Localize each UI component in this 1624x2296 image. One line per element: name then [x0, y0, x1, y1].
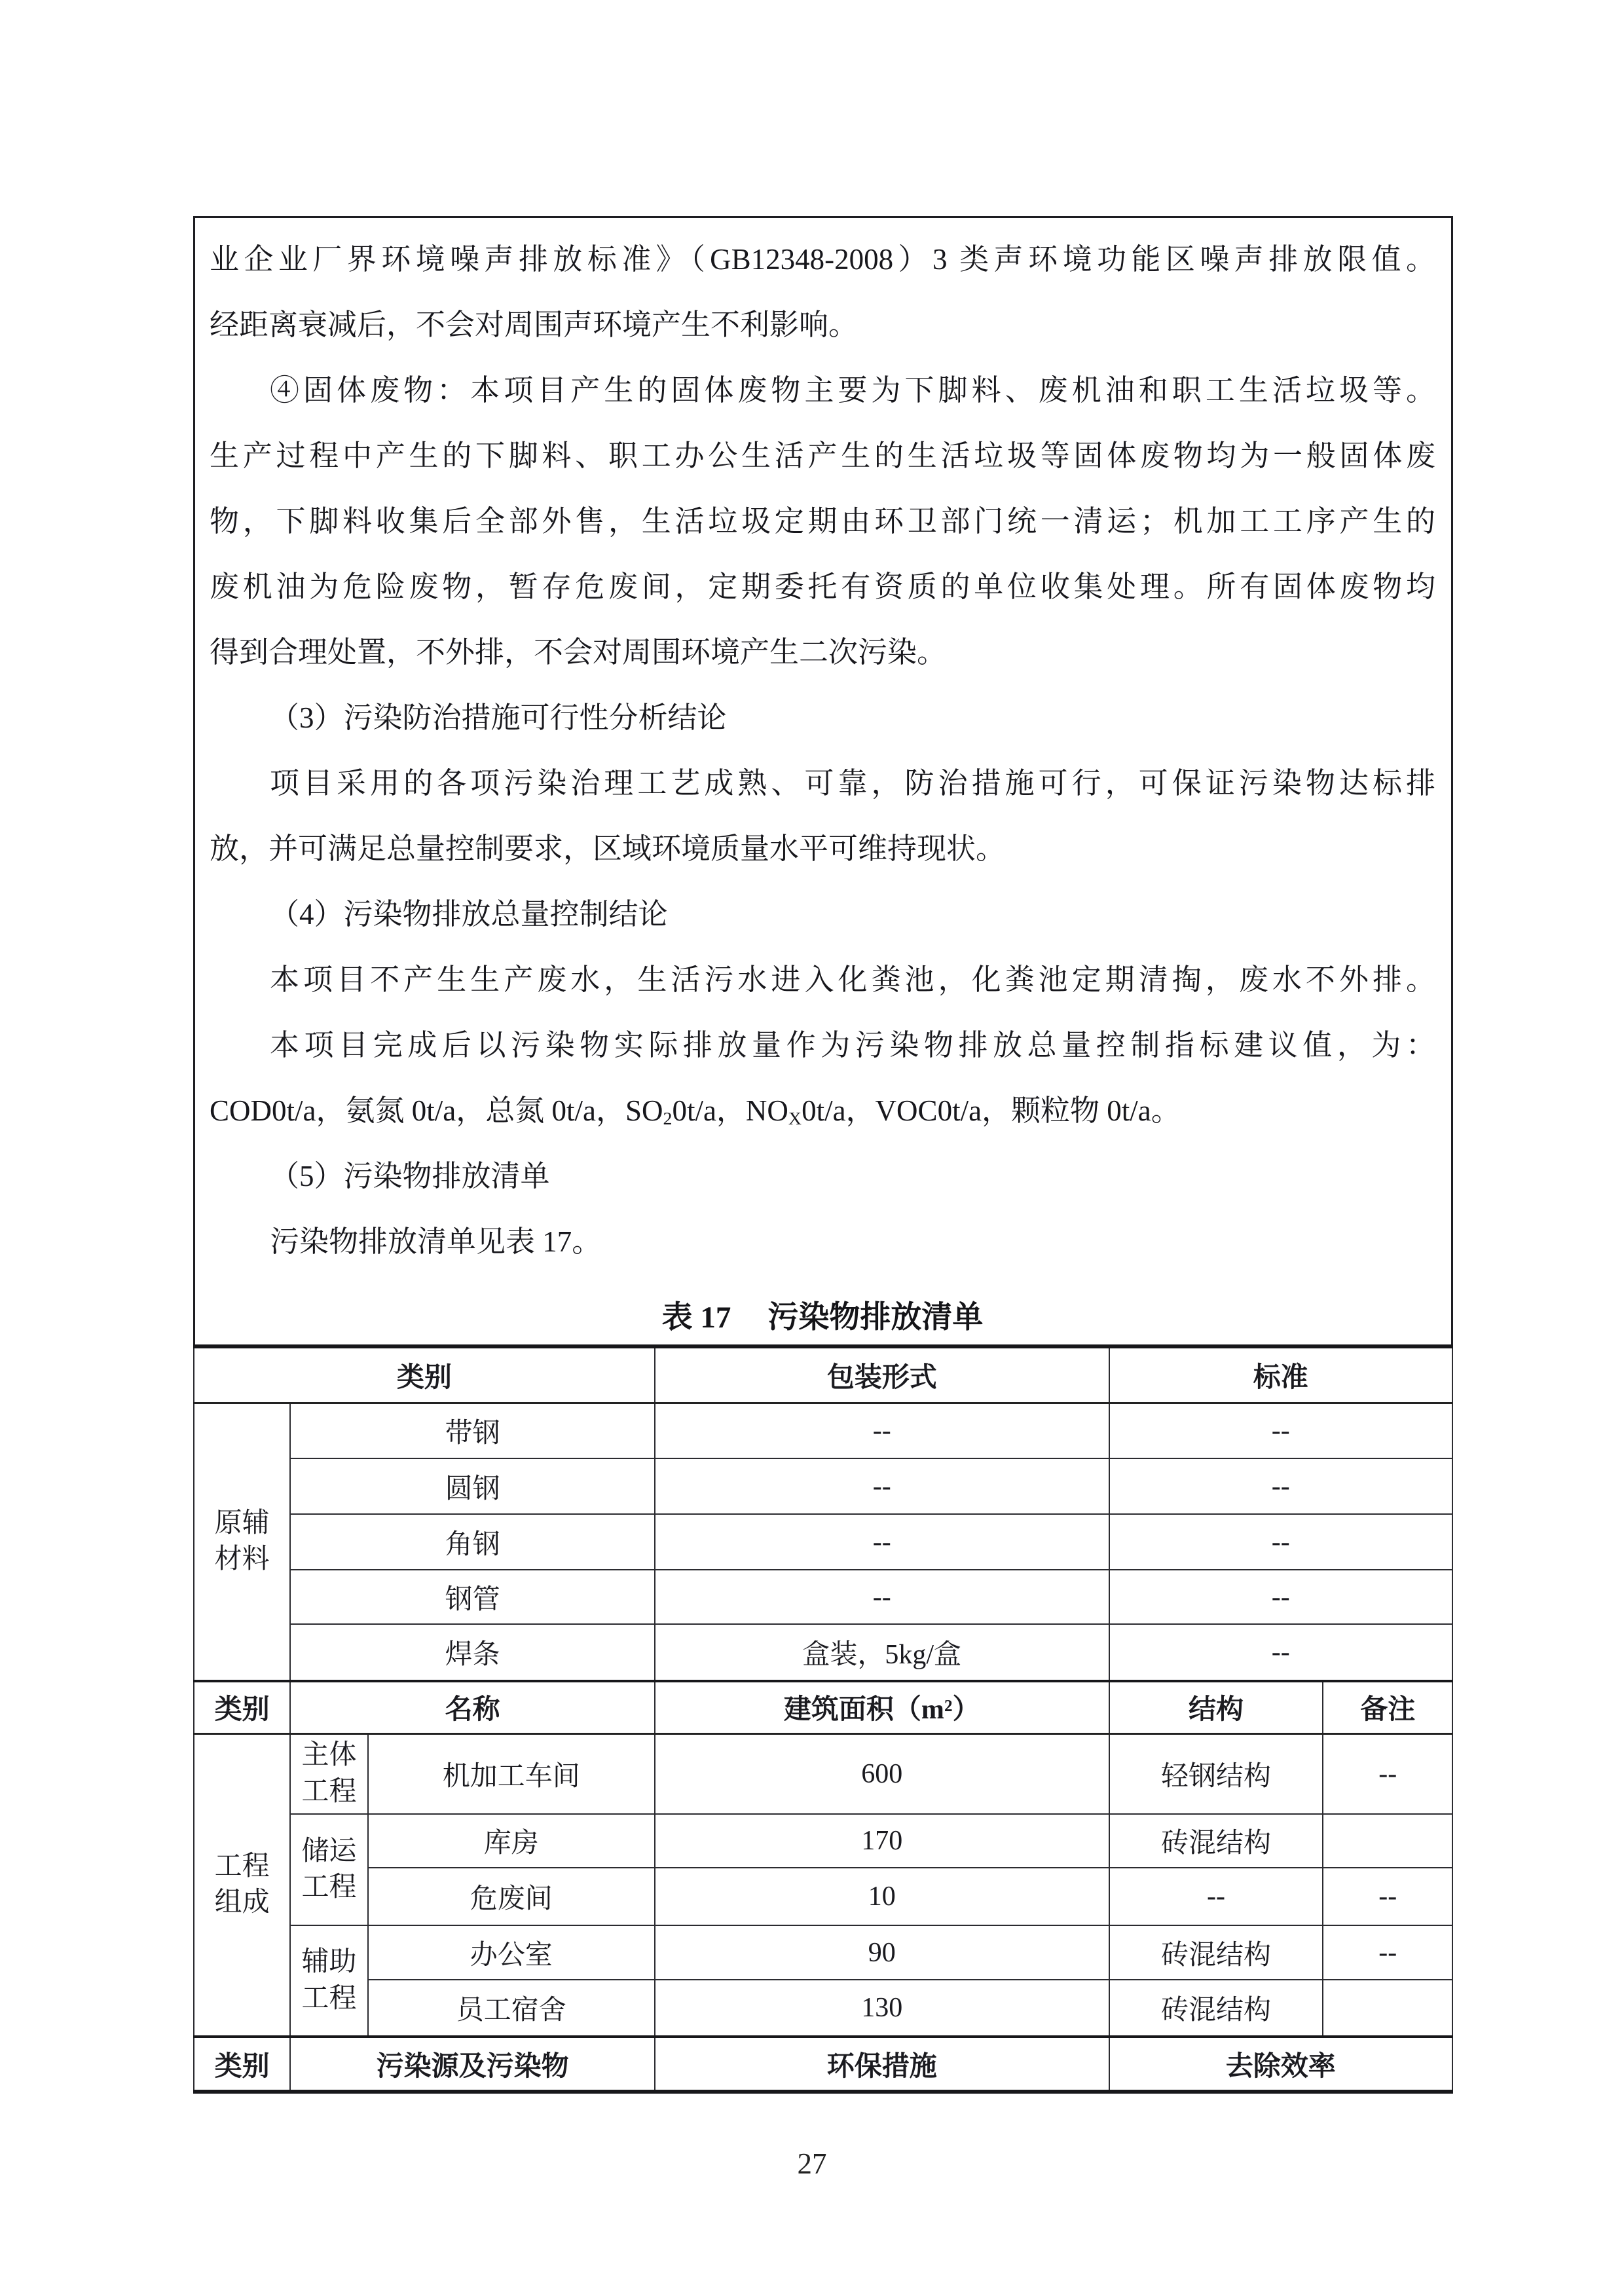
page-number: 27	[0, 2143, 1624, 2185]
subgroup-storage-works: 储运 工程	[290, 1814, 367, 1925]
cell-material-packaging: --	[655, 1514, 1109, 1570]
table-caption-title: 污染物排放清单	[767, 1301, 983, 1335]
header-category: 类别	[194, 1346, 655, 1403]
cell-project-structure: 轻钢结构	[1109, 1733, 1323, 1814]
body-line-4: 生产过程中产生的下脚料、职工办公生活产生的生活垃圾等固体废物均为一般固体废	[210, 423, 1435, 489]
cell-material-packaging: 盒装，5kg/盒	[655, 1624, 1109, 1681]
cell-project-name: 机加工车间	[368, 1733, 655, 1814]
table-row-material-3: 角钢 -- --	[194, 1514, 1452, 1570]
group-raw-materials: 原辅 材料	[194, 1403, 290, 1681]
cell-material-name: 焊条	[290, 1624, 654, 1681]
table-row-material-2: 圆钢 -- --	[194, 1458, 1452, 1514]
footer-pollution-source: 污染源及污染物	[290, 2037, 654, 2092]
cell-material-packaging: --	[655, 1570, 1109, 1624]
cell-project-area: 10	[655, 1868, 1109, 1925]
table-header1-row: 类别 包装形式 标准	[194, 1346, 1452, 1403]
cell-project-area: 90	[655, 1925, 1109, 1980]
header-packaging: 包装形式	[655, 1346, 1109, 1403]
cell-project-remark: --	[1323, 1733, 1452, 1814]
cell-project-area: 170	[655, 1814, 1109, 1868]
voc-text-segment: 0t/a，VOC0t/a，颗粒物 0t/a。	[802, 1094, 1181, 1127]
cell-material-packaging: --	[655, 1458, 1109, 1514]
document-page: { "page": { "number": "27" }, "body": { …	[0, 0, 1624, 2296]
table-row-office: 辅助 工程 办公室 90 砖混结构 --	[194, 1925, 1452, 1980]
cell-material-packaging: --	[655, 1403, 1109, 1458]
footer-category: 类别	[194, 2037, 290, 2092]
header-category2: 类别	[194, 1681, 290, 1733]
cell-project-remark: --	[1323, 1925, 1452, 1980]
table-row-dormitory: 员工宿舍 130 砖混结构	[194, 1980, 1452, 2037]
body-line-13: 本项目完成后以污染物实际排放量作为污染物排放总量控制指标建议值，为：	[210, 1012, 1435, 1078]
nox-subscript: X	[788, 1109, 802, 1129]
cell-project-name: 办公室	[368, 1925, 655, 1980]
body-line-2: 经距离衰减后，不会对周围声环境产生不利影响。	[210, 292, 1435, 358]
cell-project-remark: --	[1323, 1868, 1452, 1925]
table-row-hazwaste-room: 危废间 10 -- --	[194, 1868, 1452, 1925]
body-line-10: 放，并可满足总量控制要求，区域环境质量水平可维持现状。	[210, 816, 1435, 881]
cell-project-structure: --	[1109, 1868, 1323, 1925]
table-row-material-5: 焊条 盒装，5kg/盒 --	[194, 1624, 1452, 1681]
body-line-8: （3）污染防治措施可行性分析结论	[210, 685, 1435, 750]
cell-material-standard: --	[1109, 1570, 1452, 1624]
cell-project-name: 库房	[368, 1814, 655, 1868]
body-line-16: 污染物排放清单见表 17。	[210, 1209, 1435, 1274]
body-line-3: ④固体废物：本项目产生的固体废物主要为下脚料、废机油和职工生活垃圾等。	[210, 358, 1435, 423]
no-text-segment: 0t/a，NO	[672, 1094, 788, 1127]
header-structure: 结构	[1109, 1681, 1323, 1733]
header-name: 名称	[290, 1681, 654, 1733]
body-line-7: 得到合理处置，不外排，不会对周围环境产生二次污染。	[210, 620, 1435, 685]
table-row-workshop: 工程 组成 主体 工程 机加工车间 600 轻钢结构 --	[194, 1733, 1452, 1814]
table-caption: 表 17污染物排放清单	[210, 1285, 1435, 1350]
header-standard: 标准	[1109, 1346, 1452, 1403]
table-row-material-1: 原辅 材料 带钢 -- --	[194, 1403, 1452, 1458]
body-line-14-pollutant-totals: COD0t/a，氨氮 0t/a，总氮 0t/a，SO20t/a，NOX0t/a，…	[210, 1078, 1435, 1143]
cell-project-structure: 砖混结构	[1109, 1814, 1323, 1868]
cod-text-segment: COD0t/a，氨氮 0t/a，总氮 0t/a，SO	[210, 1094, 663, 1127]
cell-project-remark	[1323, 1814, 1452, 1868]
body-line-15: （5）污染物排放清单	[210, 1143, 1435, 1209]
table-header2-row: 类别 名称 建筑面积（m²） 结构 备注	[194, 1681, 1452, 1733]
cell-project-name: 员工宿舍	[368, 1980, 655, 2037]
cell-material-standard: --	[1109, 1624, 1452, 1681]
subgroup-auxiliary-works: 辅助 工程	[290, 1925, 367, 2037]
body-line-1: 业企业厂界环境噪声排放标准》（GB12348-2008）3 类声环境功能区噪声排…	[210, 227, 1435, 292]
body-line-9: 项目采用的各项污染治理工艺成熟、可靠，防治措施可行，可保证污染物达标排	[210, 750, 1435, 816]
cell-project-structure: 砖混结构	[1109, 1980, 1323, 2037]
so2-subscript: 2	[663, 1109, 672, 1129]
cell-project-area: 130	[655, 1980, 1109, 2037]
table-row-warehouse: 储运 工程 库房 170 砖混结构	[194, 1814, 1452, 1868]
cell-material-name: 带钢	[290, 1403, 654, 1458]
cell-project-remark	[1323, 1980, 1452, 2037]
table-row-material-4: 钢管 -- --	[194, 1570, 1452, 1624]
header-floor-area: 建筑面积（m²）	[655, 1681, 1109, 1733]
cell-project-area: 600	[655, 1733, 1109, 1814]
cell-material-standard: --	[1109, 1458, 1452, 1514]
cell-project-name: 危废间	[368, 1868, 655, 1925]
body-line-12: 本项目不产生生产废水，生活污水进入化粪池，化粪池定期清掏，废水不外排。	[210, 947, 1435, 1012]
body-line-5: 物，下脚料收集后全部外售，生活垃圾定期由环卫部门统一清运；机加工工序产生的	[210, 489, 1435, 554]
cell-material-standard: --	[1109, 1514, 1452, 1570]
table-caption-label: 表 17	[662, 1301, 731, 1335]
table-footer-row: 类别 污染源及污染物 环保措施 去除效率	[194, 2037, 1452, 2092]
cell-material-name: 钢管	[290, 1570, 654, 1624]
footer-env-measures: 环保措施	[655, 2037, 1109, 2092]
page-border-box: 业企业厂界环境噪声排放标准》（GB12348-2008）3 类声环境功能区噪声排…	[193, 216, 1453, 2094]
cell-project-structure: 砖混结构	[1109, 1925, 1323, 1980]
body-text-block: 业企业厂界环境噪声排放标准》（GB12348-2008）3 类声环境功能区噪声排…	[195, 218, 1451, 1350]
cell-material-standard: --	[1109, 1403, 1452, 1458]
cell-material-name: 角钢	[290, 1514, 654, 1570]
cell-material-name: 圆钢	[290, 1458, 654, 1514]
footer-removal-efficiency: 去除效率	[1109, 2037, 1452, 2092]
header-remark: 备注	[1323, 1681, 1452, 1733]
subgroup-main-works: 主体 工程	[290, 1733, 367, 1814]
body-line-11: （4）污染物排放总量控制结论	[210, 881, 1435, 947]
body-line-6: 废机油为危险废物，暂存危废间，定期委托有资质的单位收集处理。所有固体废物均	[210, 554, 1435, 620]
pollutant-discharge-table: 类别 包装形式 标准 原辅 材料 带钢 -- -- 圆钢 -- -- 角钢 --…	[193, 1344, 1453, 2094]
group-project-composition: 工程 组成	[194, 1733, 290, 2037]
